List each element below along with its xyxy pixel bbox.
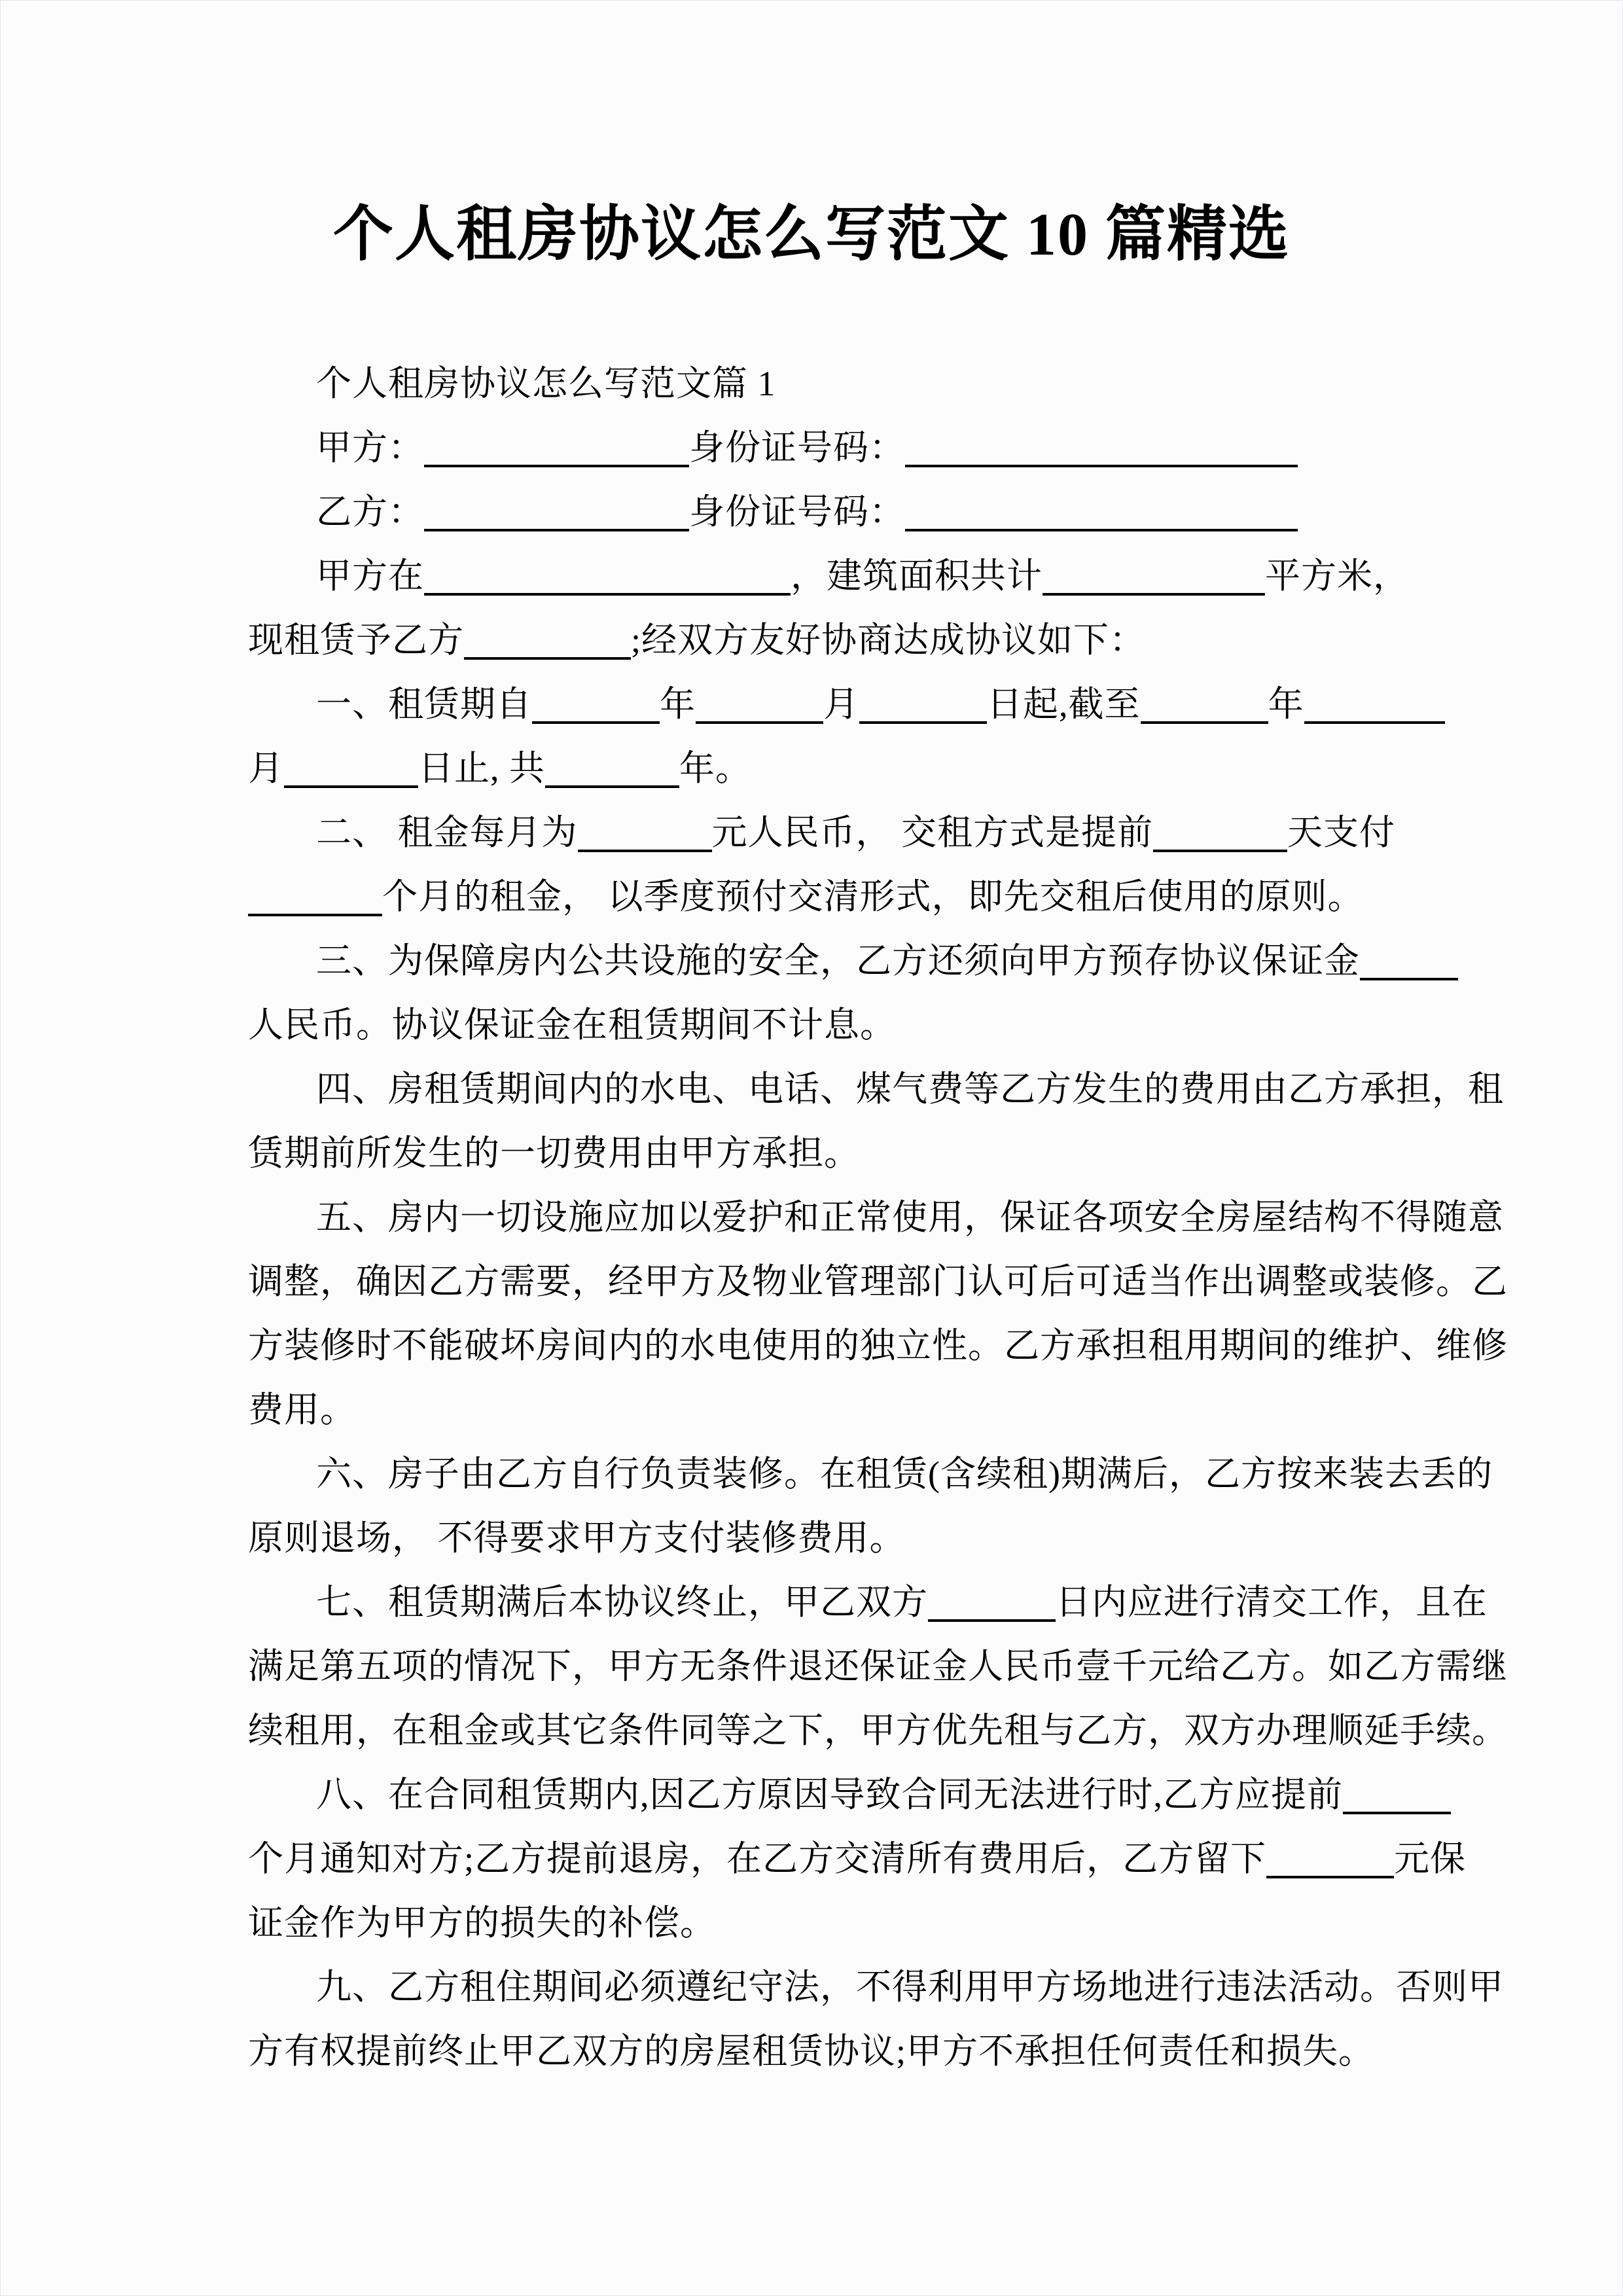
blank-field: [928, 1590, 1056, 1622]
text-segment: 方装修时不能破坏房间内的水电使用的独立性。乙方承担租用期间的维护、维修: [248, 1326, 1508, 1365]
text-segment: 五、房内一切设施应加以爱护和正常使用，保证各项安全房屋结构不得随意: [316, 1198, 1504, 1237]
document-line: 二、 租金每月为元人民币， 交租方式是提前天支付: [248, 800, 1400, 865]
text-segment: 一、租赁期自: [316, 685, 532, 724]
text-segment: 七、租赁期满后本协议终止，甲乙双方: [316, 1583, 928, 1622]
document-line: 调整，确因乙方需要，经甲方及物业管理部门认可后可适当作出调整或装修。乙: [248, 1249, 1400, 1314]
text-segment: 九、乙方租住期间必须遵纪守法，不得利用甲方场地进行违法活动。否则甲: [316, 1967, 1504, 2007]
blank-field: [424, 564, 791, 596]
document-line: 原则退场， 不得要求甲方支付装修费用。: [248, 1506, 1400, 1570]
document-line: 赁期前所发生的一切费用由甲方承担。: [248, 1121, 1400, 1185]
text-segment: 日起,截至: [987, 685, 1141, 724]
text-segment: 六、房子由乙方自行负责装修。在租赁(含续租)期满后，乙方按来装去丢的: [316, 1454, 1493, 1494]
text-segment: 赁期前所发生的一切费用由甲方承担。: [248, 1134, 860, 1173]
document-line: 现租赁予乙方;经双方友好协商达成协议如下：: [248, 608, 1400, 672]
blank-field: [532, 692, 660, 724]
text-segment: 续租用，在租金或其它条件同等之下，甲方优先租与乙方，双方办理顺延手续。: [248, 1711, 1508, 1750]
text-segment: 年: [1268, 685, 1304, 724]
text-segment: 甲方在: [316, 556, 424, 596]
blank-field: [545, 757, 679, 788]
blank-field: [464, 628, 631, 660]
blank-field: [1343, 1783, 1451, 1814]
text-segment: 甲方：: [316, 428, 424, 467]
text-segment: 满足第五项的情况下，甲方无条件退还保证金人民币壹千元给乙方。如乙方需继: [248, 1647, 1508, 1686]
document-line: 续租用，在租金或其它条件同等之下，甲方优先租与乙方，双方办理顺延手续。: [248, 1698, 1400, 1763]
blank-field: [248, 885, 382, 916]
text-segment: 身份证号码：: [689, 428, 905, 467]
text-segment: 月: [823, 685, 859, 724]
document-line: 月日止, 共年。: [248, 736, 1400, 800]
blank-field: [1153, 821, 1287, 852]
text-segment: 原则退场， 不得要求甲方支付装修费用。: [248, 1518, 906, 1558]
blank-field: [696, 692, 823, 724]
text-segment: 方有权提前终止甲乙双方的房屋租赁协议;甲方不承担任何责任和损失。: [248, 2032, 1374, 2071]
text-segment: 个人租房协议怎么写范文篇 1: [316, 364, 776, 403]
text-segment: 四、房租赁期间内的水电、电话、煤气费等乙方发生的费用由乙方承担，租: [316, 1069, 1504, 1109]
text-segment: 个月的租金， 以季度预付交清形式，即先交租后使用的原则。: [382, 877, 1364, 916]
text-segment: 日内应进行清交工作，且在: [1056, 1583, 1488, 1622]
blank-field: [859, 692, 987, 724]
blank-field: [424, 436, 689, 467]
document-line: 乙方：身份证号码：: [248, 480, 1400, 544]
blank-field: [1141, 692, 1268, 724]
document-line: 五、房内一切设施应加以爱护和正常使用，保证各项安全房屋结构不得随意: [248, 1185, 1400, 1249]
document-line: 方有权提前终止甲乙双方的房屋租赁协议;甲方不承担任何责任和损失。: [248, 2019, 1400, 2083]
blank-field: [1266, 1847, 1394, 1878]
text-segment: 元保: [1394, 1839, 1466, 1878]
document-line: 证金作为甲方的损失的补偿。: [248, 1891, 1400, 1955]
text-segment: 八、在合同租赁期内,因乙方原因导致合同无法进行时,乙方应提前: [316, 1775, 1343, 1814]
document-line: 三、为保障房内公共设施的安全，乙方还须向甲方预存协议保证金: [248, 929, 1400, 993]
document-page: 个人租房协议怎么写范文 10 篇精选 个人租房协议怎么写范文篇 1甲方：身份证号…: [0, 0, 1623, 2296]
text-segment: 三、为保障房内公共设施的安全，乙方还须向甲方预存协议保证金: [316, 941, 1360, 980]
text-segment: 年: [660, 685, 696, 724]
blank-field: [905, 500, 1298, 531]
text-segment: 调整，确因乙方需要，经甲方及物业管理部门认可后可适当作出调整或装修。乙: [248, 1262, 1508, 1301]
document-line: 四、房租赁期间内的水电、电话、煤气费等乙方发生的费用由乙方承担，租: [248, 1057, 1400, 1121]
blank-field: [284, 757, 418, 788]
text-segment: 现租赁予乙方: [248, 620, 464, 660]
text-segment: 个月通知对方;乙方提前退房，在乙方交清所有费用后，乙方留下: [248, 1839, 1266, 1878]
text-segment: 二、 租金每月为: [316, 813, 578, 852]
text-segment: 日止, 共: [418, 749, 545, 788]
text-segment: 费用。: [248, 1390, 356, 1429]
text-segment: ;经双方友好协商达成协议如下：: [631, 620, 1145, 660]
text-segment: ，建筑面积共计: [791, 556, 1043, 596]
document-line: 个月的租金， 以季度预付交清形式，即先交租后使用的原则。: [248, 865, 1400, 929]
document-line: 甲方：身份证号码：: [248, 416, 1400, 480]
text-segment: 年。: [679, 749, 751, 788]
document-line: 九、乙方租住期间必须遵纪守法，不得利用甲方场地进行违法活动。否则甲: [248, 1955, 1400, 2019]
blank-field: [424, 500, 689, 531]
text-segment: 平方米，: [1265, 556, 1409, 596]
text-segment: 证金作为甲方的损失的补偿。: [248, 1903, 716, 1943]
text-segment: 人民币。协议保证金在租赁期间不计息。: [248, 1005, 896, 1045]
text-segment: 月: [248, 749, 284, 788]
page-title: 个人租房协议怎么写范文 10 篇精选: [1, 198, 1622, 270]
blank-field: [905, 436, 1298, 467]
text-segment: 身份证号码：: [689, 492, 905, 531]
text-segment: 天支付: [1287, 813, 1395, 852]
document-line: 费用。: [248, 1378, 1400, 1442]
document-body: 个人租房协议怎么写范文篇 1甲方：身份证号码：乙方：身份证号码：甲方在，建筑面积…: [248, 351, 1400, 2083]
document-line: 方装修时不能破坏房间内的水电使用的独立性。乙方承担租用期间的维护、维修: [248, 1314, 1400, 1378]
blank-field: [1043, 564, 1265, 596]
text-segment: 元人民币， 交租方式是提前: [712, 813, 1154, 852]
document-line: 六、房子由乙方自行负责装修。在租赁(含续租)期满后，乙方按来装去丢的: [248, 1442, 1400, 1506]
document-line: 八、在合同租赁期内,因乙方原因导致合同无法进行时,乙方应提前: [248, 1763, 1400, 1827]
blank-field: [1304, 692, 1445, 724]
text-segment: 乙方：: [316, 492, 424, 531]
document-line: 个人租房协议怎么写范文篇 1: [248, 351, 1400, 416]
document-line: 一、租赁期自年月日起,截至年: [248, 672, 1400, 736]
blank-field: [578, 821, 712, 852]
document-line: 甲方在，建筑面积共计平方米，: [248, 544, 1400, 608]
document-line: 个月通知对方;乙方提前退房，在乙方交清所有费用后，乙方留下元保: [248, 1827, 1400, 1891]
document-line: 人民币。协议保证金在租赁期间不计息。: [248, 993, 1400, 1057]
document-line: 满足第五项的情况下，甲方无条件退还保证金人民币壹千元给乙方。如乙方需继: [248, 1634, 1400, 1698]
blank-field: [1360, 949, 1458, 980]
document-line: 七、租赁期满后本协议终止，甲乙双方日内应进行清交工作，且在: [248, 1570, 1400, 1634]
